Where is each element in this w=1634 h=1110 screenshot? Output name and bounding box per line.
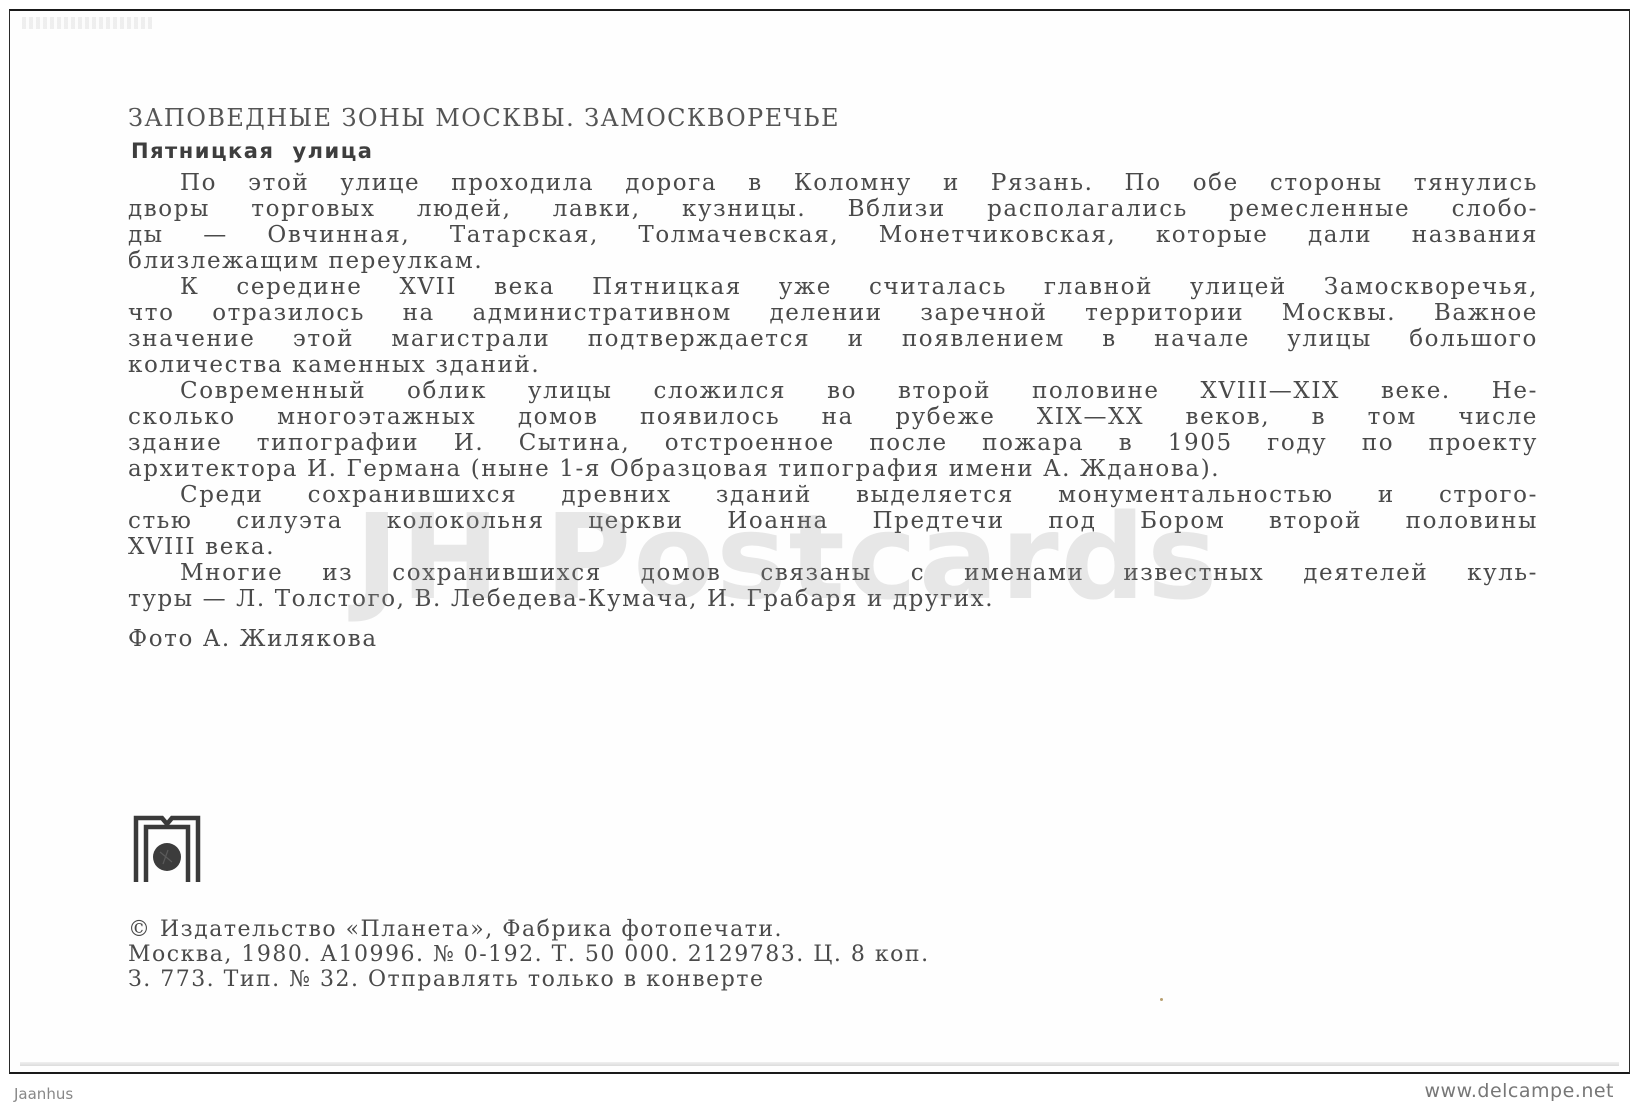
text-line: близлежащим переулкам. [128,248,1538,274]
publisher-imprint: © Издательство «Планета», Фабрика фотопе… [128,917,930,992]
text-line: что отразилось на административном делен… [128,300,1538,326]
planeta-publisher-logo-icon [132,812,202,884]
description-text: По этой улице проходила дорога в Коломну… [128,170,1538,612]
subtitle-word-2: улица [292,139,373,163]
bleed-through-marks [22,17,152,29]
text-line: архитектора И. Германа (ныне 1-я Образцо… [128,456,1538,482]
text-line: количества каменных зданий. [128,352,1538,378]
text-line: значение этой магистрали подтверждается … [128,326,1538,352]
photo-credit: Фото А. Жилякова [128,626,378,652]
uploader-credit: Jaanhus [14,1085,73,1103]
imprint-line: З. 773. Тип. № 32. Отправлять только в к… [128,967,930,992]
text-line: XVIII века. [128,534,1538,560]
text-line: дворы торговых людей, лавки, кузницы. Вб… [128,196,1538,222]
imprint-line: Москва, 1980. А10996. № 0-192. Т. 50 000… [128,942,930,967]
text-line: Среди сохранившихся древних зданий выдел… [128,482,1538,508]
postcard-subtitle: Пятницкаяулица [131,139,373,163]
text-line: По этой улице проходила дорога в Коломну… [128,170,1538,196]
text-line: стью силуэта колокольня церкви Иоанна Пр… [128,508,1538,534]
postcard-series-title: ЗАПОВЕДНЫЕ ЗОНЫ МОСКВЫ. ЗАМОСКВОРЕЧЬЕ [128,104,840,132]
site-watermark-link[interactable]: www.delcampe.net [1424,1080,1614,1102]
text-line: К середине XVII века Пятницкая уже счита… [128,274,1538,300]
text-line: здание типографии И. Сытина, отстроенное… [128,430,1538,456]
subtitle-word-1: Пятницкая [131,139,274,163]
card-bottom-edge [20,1062,1619,1066]
text-line: Многие из сохранившихся домов связаны с … [128,560,1538,586]
text-line: сколько многоэтажных домов появилось на … [128,404,1538,430]
text-line: туры — Л. Толстого, В. Лебедева-Кумача, … [128,586,1538,612]
imprint-line: © Издательство «Планета», Фабрика фотопе… [128,917,930,942]
paper-speck [1160,998,1163,1001]
text-line: Современный облик улицы сложился во втор… [128,378,1538,404]
text-line: ды — Овчинная, Татарская, Толмачевская, … [128,222,1538,248]
